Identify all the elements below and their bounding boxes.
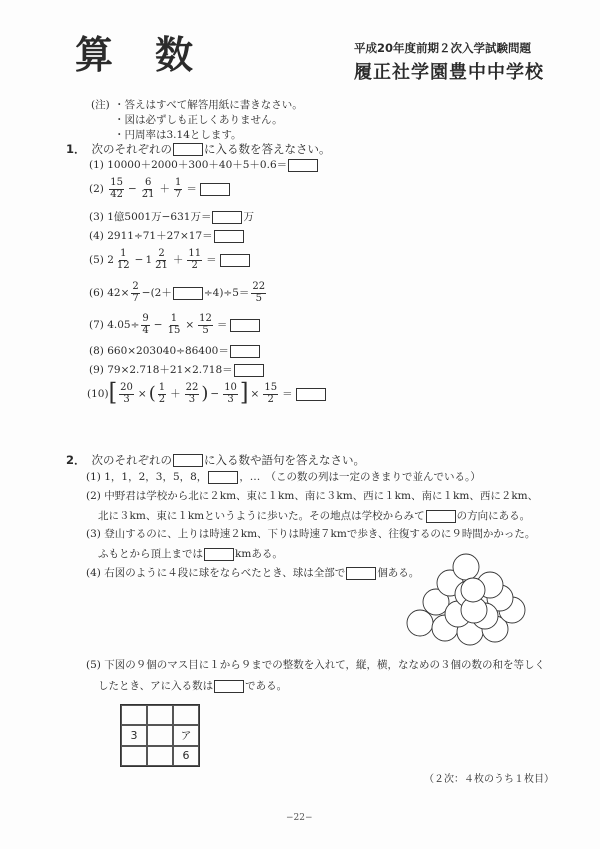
problem-2-5-line2: したとき、アに入る数は である。: [98, 680, 287, 693]
answer-box[interactable]: [204, 548, 234, 561]
problem-text: 右図のように４段に球をならべたとき、球は全部で: [104, 568, 345, 579]
problem-1-9: (9) 79×2.718＋21×2.718＝: [89, 364, 265, 377]
answer-box[interactable]: [288, 159, 318, 172]
fraction: 203: [119, 383, 134, 405]
problem-text: 北に３km、東に１kmというように歩いた。その地点は学校からみて: [98, 511, 425, 522]
problem-label: (4): [86, 568, 101, 579]
problem-1-6: (6) 42× 27 −(2＋ ÷4)÷5＝ 225: [89, 282, 268, 304]
problem-text: ，… （この数の列は一定のきまりで並んでいる。）: [239, 472, 481, 483]
fraction: 225: [251, 282, 266, 304]
problem-label: (1): [89, 160, 104, 171]
problem-1-1: (1) 10000＋2000＋300＋40＋5＋0.6＝: [89, 159, 319, 172]
problem-label: (2): [89, 184, 104, 195]
section1-heading: 1． 次のそれぞれの に入る数を答えなさい。: [66, 141, 331, 157]
unit-suffix: 万: [243, 212, 254, 223]
problem-label: (2): [86, 491, 101, 502]
section1-instruction-after: に入る数を答えなさい。: [204, 141, 331, 157]
problem-label: (3): [89, 212, 104, 223]
problem-2-3-line2: ふもとから頂上までは kmある。: [98, 548, 283, 561]
fraction: 112: [187, 249, 202, 271]
fraction: 94: [141, 314, 149, 336]
problem-label: (7): [89, 320, 104, 331]
fraction: 221: [154, 249, 169, 271]
magic-square-grid: 3 ア 6: [120, 704, 200, 767]
problem-2-4: (4) 右図のように４段に球をならべたとき、球は全部で 個ある。: [86, 567, 419, 580]
problem-label: (1): [86, 472, 101, 483]
answer-box[interactable]: [214, 230, 244, 243]
problem-1-3: (3) 1億5001万−631万＝ 万: [89, 211, 254, 224]
problem-label: (8): [89, 346, 104, 357]
section1-instruction-before: 次のそれぞれの: [92, 141, 173, 157]
answer-box[interactable]: [214, 680, 244, 693]
problem-label: (10): [87, 389, 109, 400]
answer-box[interactable]: [212, 211, 242, 224]
answer-box[interactable]: [220, 254, 250, 267]
problem-2-3: (3) 登山するのに、上りは時速２km、下りは時速７kmで歩き、往復するのに９時…: [86, 529, 535, 540]
problem-expression: 660×203040÷86400＝: [107, 346, 229, 357]
problem-text: したとき、アに入る数は: [98, 681, 213, 692]
problem-label: (6): [89, 288, 104, 299]
sheet-indicator: （２次：４枚のうち１枚目）: [424, 770, 554, 785]
note-1: ・答えはすべて解答用紙に書きなさい。: [114, 97, 303, 112]
grid-cell: 6: [173, 746, 199, 766]
section1-number: 1．: [66, 141, 86, 157]
problem-label: (5): [89, 255, 104, 266]
school-name: 履正社学園豊中中学校: [354, 58, 544, 84]
fraction: 115: [167, 314, 182, 336]
problem-label: (3): [86, 529, 101, 540]
problem-label: (9): [89, 365, 104, 376]
problem-1-4: (4) 2911÷71＋27×17＝: [89, 230, 245, 243]
grid-cell: [147, 746, 173, 766]
problem-2-2-line2: 北に３km、東に１kmというように歩いた。その地点は学校からみて の方向にある。: [98, 510, 530, 523]
section2-instruction-before: 次のそれぞれの: [92, 452, 173, 468]
answer-box[interactable]: [234, 364, 264, 377]
problem-1-8: (8) 660×203040÷86400＝: [89, 345, 261, 358]
answer-box[interactable]: [208, 471, 238, 484]
fraction: 621: [141, 178, 156, 200]
page-number: −22−: [286, 813, 313, 823]
section2-number: 2．: [66, 452, 86, 468]
answer-box[interactable]: [426, 510, 456, 523]
note-3: ・円周率は3.14とします。: [114, 127, 242, 142]
problem-1-2: (2) 1542 − 621 ＋ 17 ＝: [89, 178, 231, 200]
problem-text: 下図の９個のマス目に１から９までの整数を入れて，縦，横，ななめの３個の数の和を等…: [104, 660, 545, 671]
problem-2-2: (2) 中野君は学校から北に２km、東に１km、南に３km、西に１km、南に１k…: [86, 491, 538, 502]
fraction: 27: [131, 282, 139, 304]
grid-cell-a: ア: [173, 725, 199, 745]
fraction: 1542: [109, 178, 124, 200]
problem-text: kmある。: [235, 549, 283, 560]
problem-expression: 1億5001万−631万＝: [107, 212, 211, 223]
problem-1-7: (7) 4.05÷ 94 − 115 × 125 ＝: [89, 314, 261, 336]
fraction: 17: [174, 178, 182, 200]
problem-2-5: (5) 下図の９個のマス目に１から９までの整数を入れて，縦，横，ななめの３個の数…: [86, 660, 545, 671]
section2-instruction-after: に入る数や語句を答えなさい。: [204, 452, 365, 468]
section2-heading: 2． 次のそれぞれの に入る数や語句を答えなさい。: [66, 452, 365, 468]
answer-box[interactable]: [296, 388, 326, 401]
grid-cell: [121, 746, 147, 766]
problem-label: (5): [86, 660, 101, 671]
problem-1-5: (5) 2 112 −1 221 ＋ 112 ＝: [89, 249, 251, 271]
problem-text: ふもとから頂上までは: [98, 549, 203, 560]
note-2: ・図は必ずしも正しくありません。: [114, 112, 283, 127]
answer-box[interactable]: [200, 183, 230, 196]
problem-expression: 10000＋2000＋300＋40＋5＋0.6＝: [107, 160, 287, 171]
grid-cell: [121, 705, 147, 725]
problem-label: (4): [89, 231, 104, 242]
notes-prefix: (注): [91, 97, 110, 112]
grid-cell: [147, 725, 173, 745]
problem-text: 登山するのに、上りは時速２km、下りは時速７kmで歩き、往復するのに９時間かかっ…: [104, 529, 535, 540]
answer-box[interactable]: [173, 287, 203, 300]
problem-text: 1，1，2，3，5，8，: [104, 472, 207, 483]
problem-text: の方向にある。: [457, 511, 531, 522]
fraction: 152: [263, 383, 278, 405]
answer-box-sample: [173, 454, 203, 467]
ball-pyramid-figure: [400, 550, 530, 650]
exam-title: 平成20年度前期２次入学試験問題: [354, 40, 531, 56]
problem-text: である。: [245, 681, 287, 692]
subject-title: 算数: [75, 36, 235, 74]
grid-cell: 3: [121, 725, 147, 745]
grid-cell: [173, 705, 199, 725]
fraction: 112: [116, 249, 131, 271]
grid-cell: [147, 705, 173, 725]
answer-box[interactable]: [346, 567, 376, 580]
fraction: 223: [185, 383, 200, 405]
problem-1-10: (10) [ 203 × ( 12 ＋ 223 ) − 103 ] × 152 …: [87, 383, 327, 405]
problem-expression: 79×2.718＋21×2.718＝: [107, 365, 232, 376]
fraction: 103: [223, 383, 238, 405]
answer-box-sample: [173, 143, 203, 156]
problem-2-1: (1) 1，1，2，3，5，8， ，… （この数の列は一定のきまりで並んでいる。…: [86, 471, 481, 484]
problem-expression: 2911÷71＋27×17＝: [107, 231, 212, 242]
problem-text: 中野君は学校から北に２km、東に１km、南に３km、西に１km、南に１km、西に…: [104, 491, 538, 502]
fraction: 12: [158, 383, 166, 405]
answer-box[interactable]: [230, 345, 260, 358]
fraction: 125: [198, 314, 213, 336]
answer-box[interactable]: [230, 319, 260, 332]
